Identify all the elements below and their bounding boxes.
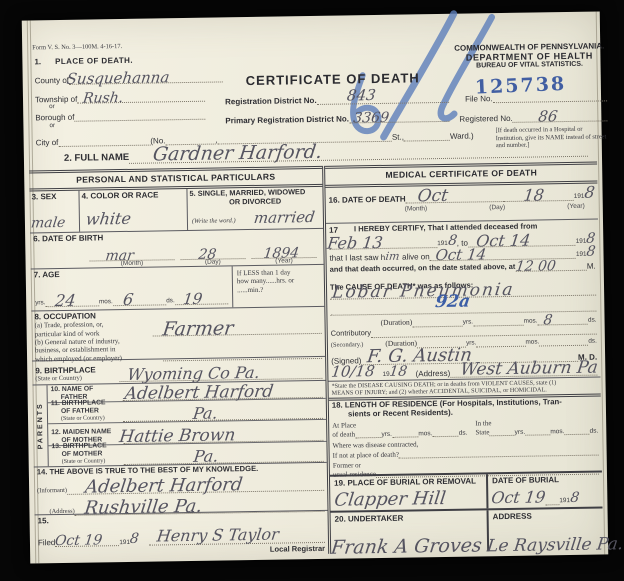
physician-address-value: West Auburn Pa xyxy=(459,360,599,379)
medical-column: MEDICAL CERTIFICATE OF DEATH 16. DATE OF… xyxy=(325,162,603,554)
state-label: State xyxy=(475,429,489,437)
res-ds-cap-2: ds. xyxy=(590,428,599,435)
res-yrs-cap-1: yrs. xyxy=(381,431,392,438)
res-yrs-cap-2: yrs. xyxy=(515,429,526,436)
township-line: Rush. xyxy=(77,90,205,104)
registered-no-value: 86 xyxy=(538,109,559,124)
borough-line xyxy=(74,108,205,122)
township-value: Rush. xyxy=(82,91,124,106)
age-yrs-cap: yrs. xyxy=(35,300,45,308)
reg-district-line: 843 xyxy=(317,91,450,105)
occupation-row: 8. OCCUPATION (a) Trade, profession, or,… xyxy=(31,307,325,362)
if-not-label: If not at place of death? xyxy=(333,450,399,459)
dod-row: 16. DATE OF DEATH Oct 18 1918 (Month) (D… xyxy=(325,184,598,224)
informant-value: Adelbert Harford xyxy=(84,476,244,497)
occupation-value: Farmer xyxy=(161,319,234,339)
age-label: 7. AGE xyxy=(34,267,229,279)
duration2-mos-cap: mos. xyxy=(525,339,539,347)
physician-address-line: West Auburn Pa xyxy=(450,364,597,378)
certificate-paper: Form V. S. No. 3—100M. 4-16-17. 1. PLACE… xyxy=(22,11,608,563)
physician-signature: F. G. Austin xyxy=(366,347,473,367)
write-word-note: (Write the word.) xyxy=(192,218,236,226)
ward-line xyxy=(404,129,450,142)
alive-on-label: alive on xyxy=(402,252,430,262)
age-years-value: 24 xyxy=(54,293,76,309)
mother-name-value: Hattie Brown xyxy=(118,427,236,446)
item-1-number: 1. xyxy=(34,57,41,66)
burial-year-printed: 191 xyxy=(559,497,570,505)
father-bp-cap: (State or Country) xyxy=(51,415,123,423)
sign-year-hw: 18 xyxy=(389,365,409,379)
place-of-death-label: PLACE OF DEATH. xyxy=(55,56,133,66)
header: Form V. S. No. 3—100M. 4-16-17. 1. PLACE… xyxy=(32,34,594,171)
undertaker-value: Frank A Groves xyxy=(330,536,483,557)
file-no-label: File No. xyxy=(465,94,493,104)
attended-from-line: Feb 13 xyxy=(329,236,437,250)
marital-value: married xyxy=(253,210,316,226)
res-ds-cap-1: ds. xyxy=(459,430,468,437)
last-saw-year-hw: 8 xyxy=(586,245,597,259)
duration2-ds-line xyxy=(539,334,588,347)
father-bp-value: Pa. xyxy=(192,406,219,422)
age-ds-cap: ds. xyxy=(166,298,175,306)
age-row: 7. AGE yrs. 24 mos. 6 ds. 19 If LESS tha… xyxy=(31,265,325,312)
primary-district-line: 3369 xyxy=(349,110,450,124)
parents-block: PARENTS 10. NAME OF FATHER Adelbert Harf… xyxy=(33,381,327,468)
registered-no-line: 86 xyxy=(513,109,608,122)
filed-date-line: Oct 19 xyxy=(55,534,119,547)
full-name-value: Gardner Harford. xyxy=(152,143,323,165)
undertaker-address-value: Le Raysville Pa. xyxy=(486,536,624,555)
death-time-line: 12 00 xyxy=(515,259,587,272)
dob-month-value: mar xyxy=(105,249,135,263)
of-death-label: of death xyxy=(332,431,355,439)
sign-date-hw: 10/18 xyxy=(330,364,375,380)
duration2-ds-cap: ds. xyxy=(588,338,597,346)
undertaker-label: 20. UNDERTAKER xyxy=(335,512,483,524)
dod-day-line: 18 xyxy=(504,189,574,202)
burial-row: 19. PLACE OF BURIAL OR REMOVAL Clapper H… xyxy=(330,473,603,513)
reg-district-label: Registration District No. xyxy=(225,96,317,107)
informant-line: Adelbert Harford xyxy=(67,479,324,495)
age-months-line: 6 xyxy=(113,293,167,306)
less-than-day-cell: If LESS than 1 day how many......hrs. or… xyxy=(232,265,325,307)
filed-block: 15. Filed Oct 19 1918 Henry S Taylor Loc… xyxy=(35,511,329,560)
registered-no-label: Registered No. xyxy=(459,114,512,124)
reg-district-value: 843 xyxy=(346,88,377,103)
m-label: M. xyxy=(587,261,596,270)
dob-year-line: 1894 xyxy=(251,246,316,259)
dob-label: 6. DATE OF BIRTH xyxy=(33,230,320,244)
dob-month-line: mar xyxy=(89,248,174,261)
undertaker-address-label: ADDRESS xyxy=(493,511,599,522)
dod-year-hw: 8 xyxy=(583,185,595,201)
county-label: County of xyxy=(35,76,69,86)
age-months-value: 6 xyxy=(122,292,134,308)
parents-vertical-label: PARENTS xyxy=(36,402,44,449)
dod-month-cap: (Month) xyxy=(405,206,428,213)
sex-cell: 3. SEX male xyxy=(29,191,80,233)
borough-label: Borough of xyxy=(35,113,74,123)
dob-year-value: 1894 xyxy=(262,246,299,261)
burial-place-label: 19. PLACE OF BURIAL OR REMOVAL xyxy=(334,476,482,488)
father-name-value: Adelbert Harford xyxy=(124,384,275,403)
dod-year-cap: (Year) xyxy=(567,204,585,211)
age-days-line: 19 xyxy=(175,292,229,305)
dod-month-line: Oct xyxy=(406,190,504,204)
form-number: Form V. S. No. 3—100M. 4-16-17. xyxy=(32,43,122,52)
county-value: Susquehanna xyxy=(66,70,171,87)
dob-day-line: 28 xyxy=(180,247,245,260)
race-cell: 4. COLOR OR RACE white xyxy=(79,189,188,232)
primary-district-value: 3369 xyxy=(352,111,389,126)
form-body: PERSONAL AND STATISTICAL PARTICULARS 3. … xyxy=(29,162,603,559)
burial-year-hw: 8 xyxy=(569,491,580,505)
registrar-signature: Henry S Taylor xyxy=(156,527,280,545)
mother-bp-value: Pa. xyxy=(193,449,220,465)
ward-label: Ward.) xyxy=(450,131,474,141)
dod-label: 16. DATE OF DEATH xyxy=(329,194,406,204)
physician-address-label: (Address) xyxy=(415,369,450,379)
file-no-line xyxy=(493,89,608,103)
city-label: City of xyxy=(36,138,59,148)
informant-label: (Informant) xyxy=(37,487,67,495)
undertaker-row: 20. UNDERTAKER Frank A Groves ADDRESS Le… xyxy=(331,509,604,554)
dod-day-value: 18 xyxy=(523,187,545,203)
city-line xyxy=(58,134,150,147)
sex-value: male xyxy=(30,216,66,231)
full-name-label: 2. FULL NAME xyxy=(64,153,129,165)
burial-place-value: Clapper Hill xyxy=(333,490,446,510)
residence-block: 18. LENGTH OF RESIDENCE (For Hospitals, … xyxy=(329,397,602,477)
county-line: Susquehanna xyxy=(69,70,223,84)
primary-district-label: Primary Registration District No. xyxy=(225,114,349,125)
dob-row: 6. DATE OF BIRTH mar (Month) 28 (Day) 18… xyxy=(30,229,324,270)
filed-year-hw: 8 xyxy=(129,532,140,546)
certificate-title: CERTIFICATE OF DEATH xyxy=(223,70,443,88)
age-days-value: 19 xyxy=(182,292,203,307)
marital-cell: 5. SINGLE, MARRIED, WIDOWED OR DIVORCED … xyxy=(187,187,323,230)
filed-number: 15. xyxy=(38,512,325,526)
or-label-2: or xyxy=(49,122,55,130)
cause-code-stamp: 92a xyxy=(434,294,471,312)
filed-label: Filed xyxy=(38,538,55,547)
last-saw-him-hw: im xyxy=(384,251,399,262)
full-name-line: Gardner Harford. xyxy=(129,142,588,164)
duration2-mos-line xyxy=(476,335,525,348)
st-label: St., xyxy=(392,132,404,141)
res-mos-cap-2: mos. xyxy=(550,428,564,435)
dod-day-cap: (Day) xyxy=(489,205,505,212)
filed-date-value: Oct 19 xyxy=(54,534,103,549)
township-label: Township of xyxy=(35,95,77,105)
race-label: 4. COLOR OR RACE xyxy=(81,190,184,201)
less-note-3: ......min.? xyxy=(237,285,320,295)
contributory-label: Contributory xyxy=(331,330,371,339)
race-value: white xyxy=(85,211,132,228)
burial-date-value: Oct 19 xyxy=(490,489,546,506)
sex-label: 3. SEX xyxy=(31,192,76,202)
age-mos-cap: mos. xyxy=(99,298,113,306)
last-saw-pre: that I last saw h xyxy=(329,253,385,263)
age-years-line: 24 xyxy=(45,294,99,307)
secondary-label: (Secondary.) xyxy=(331,342,364,350)
dod-month-value: Oct xyxy=(417,188,449,206)
mother-bp-cap: (State or Country) xyxy=(52,458,124,466)
dob-day-value: 28 xyxy=(197,248,217,262)
res-mos-cap-1: mos. xyxy=(418,430,432,437)
personal-column: PERSONAL AND STATISTICAL PARTICULARS 3. … xyxy=(29,166,331,559)
burial-date-label: DATE OF BURIAL xyxy=(492,475,598,486)
informant-block: 14. THE ABOVE IS TRUE TO THE BEST OF MY … xyxy=(34,463,328,516)
